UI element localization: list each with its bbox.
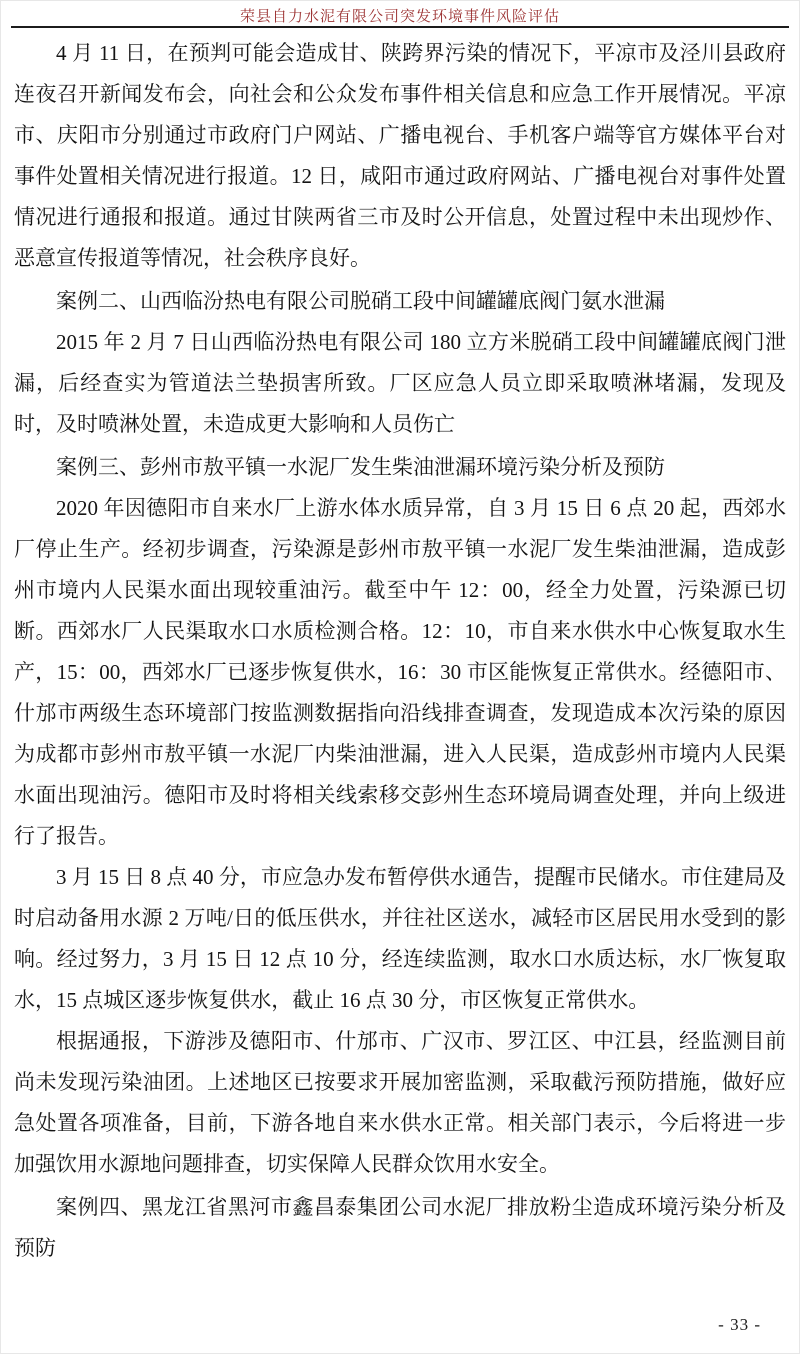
paragraph-case3-heading: 案例三、彭州市敖平镇一水泥厂发生柴油泄漏环境污染分析及预防 bbox=[14, 447, 786, 488]
page-header-title: 荣县自力水泥有限公司突发环境事件风险评估 bbox=[240, 1, 560, 26]
paragraph-case2-heading: 案例二、山西临汾热电有限公司脱硝工段中间罐罐底阀门氨水泄漏 bbox=[14, 281, 786, 322]
page-header: 荣县自力水泥有限公司突发环境事件风险评估 bbox=[11, 1, 789, 28]
paragraph-case3-body-3: 根据通报，下游涉及德阳市、什邡市、广汉市、罗江区、中江县，经监测目前尚未发现污染… bbox=[14, 1021, 786, 1185]
document-body: 4 月 11 日，在预判可能会造成甘、陕跨界污染的情况下，平凉市及泾川县政府连夜… bbox=[14, 33, 786, 1269]
document-page: { "document": { "header_title": "荣县自力水泥有… bbox=[0, 0, 800, 1354]
paragraph-case2-body: 2015 年 2 月 7 日山西临汾热电有限公司 180 立方米脱硝工段中间罐罐… bbox=[14, 322, 786, 445]
paragraph-case3-body-1: 2020 年因德阳市自来水厂上游水体水质异常，自 3 月 15 日 6 点 20… bbox=[14, 488, 786, 857]
page-number: - 33 - bbox=[718, 1315, 761, 1335]
paragraph-incident-news-release: 4 月 11 日，在预判可能会造成甘、陕跨界污染的情况下，平凉市及泾川县政府连夜… bbox=[14, 33, 786, 279]
paragraph-case3-body-2: 3 月 15 日 8 点 40 分，市应急办发布暂停供水通告，提醒市民储水。市住… bbox=[14, 857, 786, 1021]
paragraph-case4-heading: 案例四、黑龙江省黑河市鑫昌泰集团公司水泥厂排放粉尘造成环境污染分析及预防 bbox=[14, 1187, 786, 1269]
